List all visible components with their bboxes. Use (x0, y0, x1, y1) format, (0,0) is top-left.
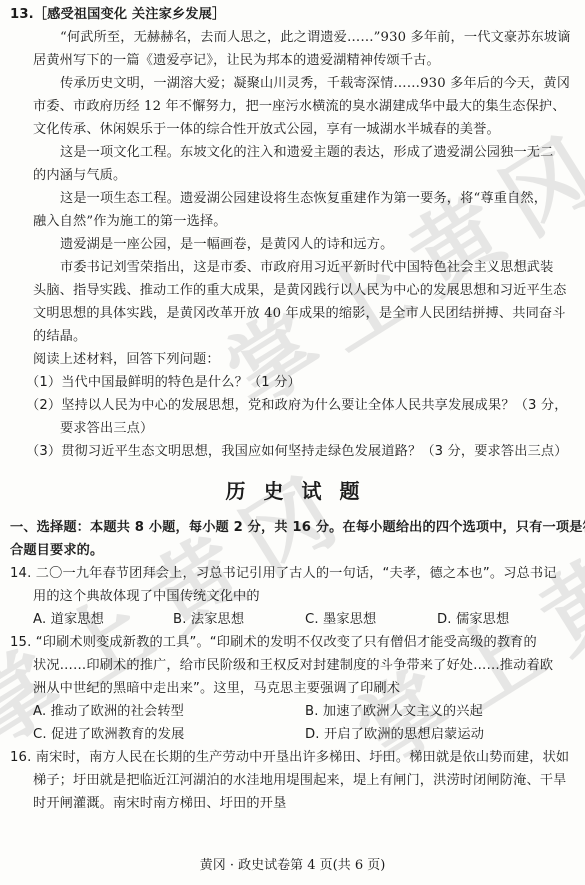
q15-option-b[interactable]: B. 加速了欧洲人文主义的兴起 (305, 703, 483, 721)
q16-stem-cont: 梯子；圩田就是把临近江河湖泊的水洼地用堤围起来，堤上有闸门，洪涝时闭闸防淹、干旱 (33, 772, 567, 790)
q13-para-line: 这是一项文化工程。东坡文化的注入和遗爱主题的表达，形成了遗爱湖公园独一无二 (60, 144, 553, 162)
q13-subquestion-1: （1）当代中国最鲜明的特色是什么？（1 分） (26, 374, 301, 392)
q13-para-line: 文明思想的具体实践，是黄冈改革开放 40 年成果的缩影，是全市人民团结拼搏、共同… (33, 305, 566, 323)
q14-option-b[interactable]: B. 法家思想 (173, 611, 244, 629)
q13-para-line: “何武所至，无赫赫名，去而人思之，此之谓遗爱……”930 多年前，一代文豪苏东坡… (60, 29, 571, 47)
q13-para-line: 的内涵与气质。 (33, 167, 126, 185)
q13-para-line: 文化传承、休闲娱乐于一体的综合性开放式公园，享有一城湖水半城春的美誉。 (33, 121, 500, 139)
q13-para-line: 传承历史文明，一湖溶大爱；凝聚山川灵秀，千载寄深情……930 多年后的今天，黄冈 (60, 75, 570, 93)
q14-stem: 14. 二〇一九年春节团拜会上，习总书记引用了古人的一句话，“夫孝，德之本也”。… (10, 565, 557, 583)
q13-prompt: 阅读上述材料，回答下列问题： (33, 351, 220, 369)
q13-para-line: 市委书记刘雪荣指出，这是市委、市政府用习近平新时代中国特色社会主义思想武装 (60, 259, 553, 277)
q13-subquestion-2: （2）坚持以人民为中心的发展思想，党和政府为什么要让全体人民共享发展成果？（3 … (26, 397, 568, 415)
q16-stem-cont: 时开闸灌溉。南宋时南方梯田、圩田的开垦 (33, 795, 286, 813)
exam-page: 掌上黄冈 掌上黄冈 掌上黄冈 13.［感受祖国变化 关注家乡发展］ “何武所至，… (0, 0, 585, 885)
q15-option-a[interactable]: A. 推动了欧洲的社会转型 (33, 703, 184, 721)
q13-para-line: 这是一项生态工程。遗爱湖公园建设将生态恢复重建作为第一要务，将“尊重自然， (60, 190, 547, 208)
section-title: 历史试题 (0, 475, 585, 504)
q13-heading: 13.［感受祖国变化 关注家乡发展］ (10, 6, 225, 24)
q13-para-line: 居黄州写下的一篇《遗爱亭记》，让民为邦本的遗爱湖精神传颂千古。 (33, 52, 440, 70)
q15-option-c[interactable]: C. 促进了欧洲教育的发展 (33, 726, 184, 744)
q13-subquestion-2-cont: 要求答出三点） (60, 420, 153, 438)
q13-para-line: 遗爱湖是一座公园，是一幅画卷，是黄冈人的诗和远方。 (60, 236, 393, 254)
q15-option-d[interactable]: D. 开启了欧洲的思想启蒙运动 (305, 726, 484, 744)
q16-stem: 16. 南宋时，南方人民在长期的生产劳动中开垦出许多梯田、圩田。梯田就是依山势而… (10, 749, 569, 767)
q15-stem-cont: 洲从中世纪的黑暗中走出来”。这里，马克思主要强调了印刷术 (33, 680, 400, 698)
q15-stem: 15. “印刷术则变成新教的工具”。“印刷术的发明不仅改变了只有僧侣才能受高级的… (10, 634, 537, 652)
q13-para-line: 融入自然”作为施工的第一选择。 (33, 213, 227, 231)
q14-option-a[interactable]: A. 道家思想 (33, 611, 104, 629)
q15-stem-cont: 状况……印刷术的推广，给市民阶级和王权反对封建制度的斗争带来了好处……推动着欧 (33, 657, 553, 675)
instructions-cont: 合题目要求的。 (10, 542, 103, 560)
q13-subquestion-3: （3）贯彻习近平生态文明思想，我国应如何坚持走绿色发展道路？（3 分，要求答出三… (26, 443, 568, 461)
page-footer: 黄冈 · 政史试卷第 4 页(共 6 页) (0, 854, 585, 873)
q14-option-c[interactable]: C. 墨家思想 (305, 611, 376, 629)
q13-para-line: 的结晶。 (33, 328, 86, 346)
instructions: 一、选择题：本题共 8 小题，每小题 2 分，共 16 分。在每小题给出的四个选… (10, 519, 585, 537)
q14-stem-cont: 用的这个典故体现了中国传统文化中的 (33, 588, 260, 606)
q14-option-d[interactable]: D. 儒家思想 (437, 611, 509, 629)
q13-para-line: 头脑、指导实践、推动工作的重大成果，是黄冈践行以人民为中心的发展思想和习近平生态 (33, 282, 567, 300)
q13-para-line: 市委、市政府历经 12 年不懈努力，把一座污水横流的臭水湖建成华中最大的集生态保… (33, 98, 566, 116)
